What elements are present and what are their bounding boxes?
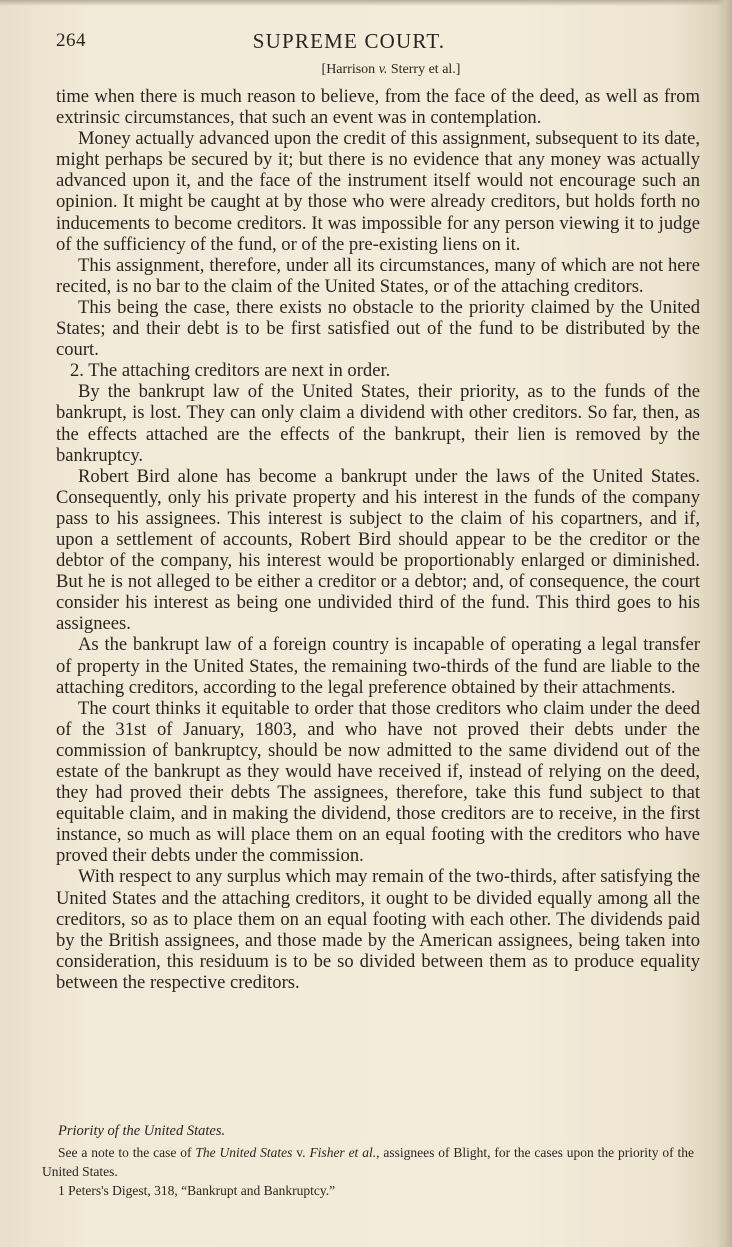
reporter-notes: Priority of the United States. See a not… [42, 1122, 694, 1200]
note-prefix: See a note to the case of [58, 1145, 195, 1160]
paragraph: By the bankrupt law of the United States… [56, 381, 700, 465]
book-page: 264 SUPREME COURT. [Harrison v. Sterry e… [0, 0, 732, 1247]
note-party: Fisher et al. [309, 1145, 376, 1160]
paragraph-continued: time when there is much reason to believ… [56, 86, 700, 128]
paragraph-numbered: 2. The attaching creditors are next in o… [56, 360, 700, 381]
opinion-body: time when there is much reason to believ… [56, 86, 700, 993]
caption-close-bracket: ] [456, 62, 461, 77]
paragraph: This being the case, there exists no obs… [56, 297, 700, 360]
caption-defendant: Sterry et al. [391, 62, 456, 77]
note-versus: v. [292, 1145, 309, 1160]
caption-versus: v. [379, 62, 388, 77]
paragraph: With respect to any surplus which may re… [56, 866, 700, 993]
paragraph: As the bankrupt law of a foreign country… [56, 634, 700, 697]
paragraph: The court thinks it equitable to order t… [56, 698, 700, 867]
paragraph: This assignment, therefore, under all it… [56, 255, 700, 297]
paragraph: Money actually advanced upon the credit … [56, 128, 700, 255]
running-head: 264 SUPREME COURT. [56, 30, 672, 54]
case-caption: [Harrison v. Sterry et al.] [0, 62, 732, 78]
running-title: SUPREME COURT. [56, 29, 672, 54]
note-case-name: The United States [195, 1145, 292, 1160]
note-digest-reference: 1 Peters's Digest, 318, “Bankrupt and Ba… [42, 1181, 694, 1200]
note-heading: Priority of the United States. [42, 1122, 694, 1141]
paragraph: Robert Bird alone has become a bankrupt … [56, 466, 700, 635]
caption-plaintiff: Harrison [326, 62, 375, 77]
note-cross-reference: See a note to the case of The United Sta… [42, 1143, 694, 1181]
